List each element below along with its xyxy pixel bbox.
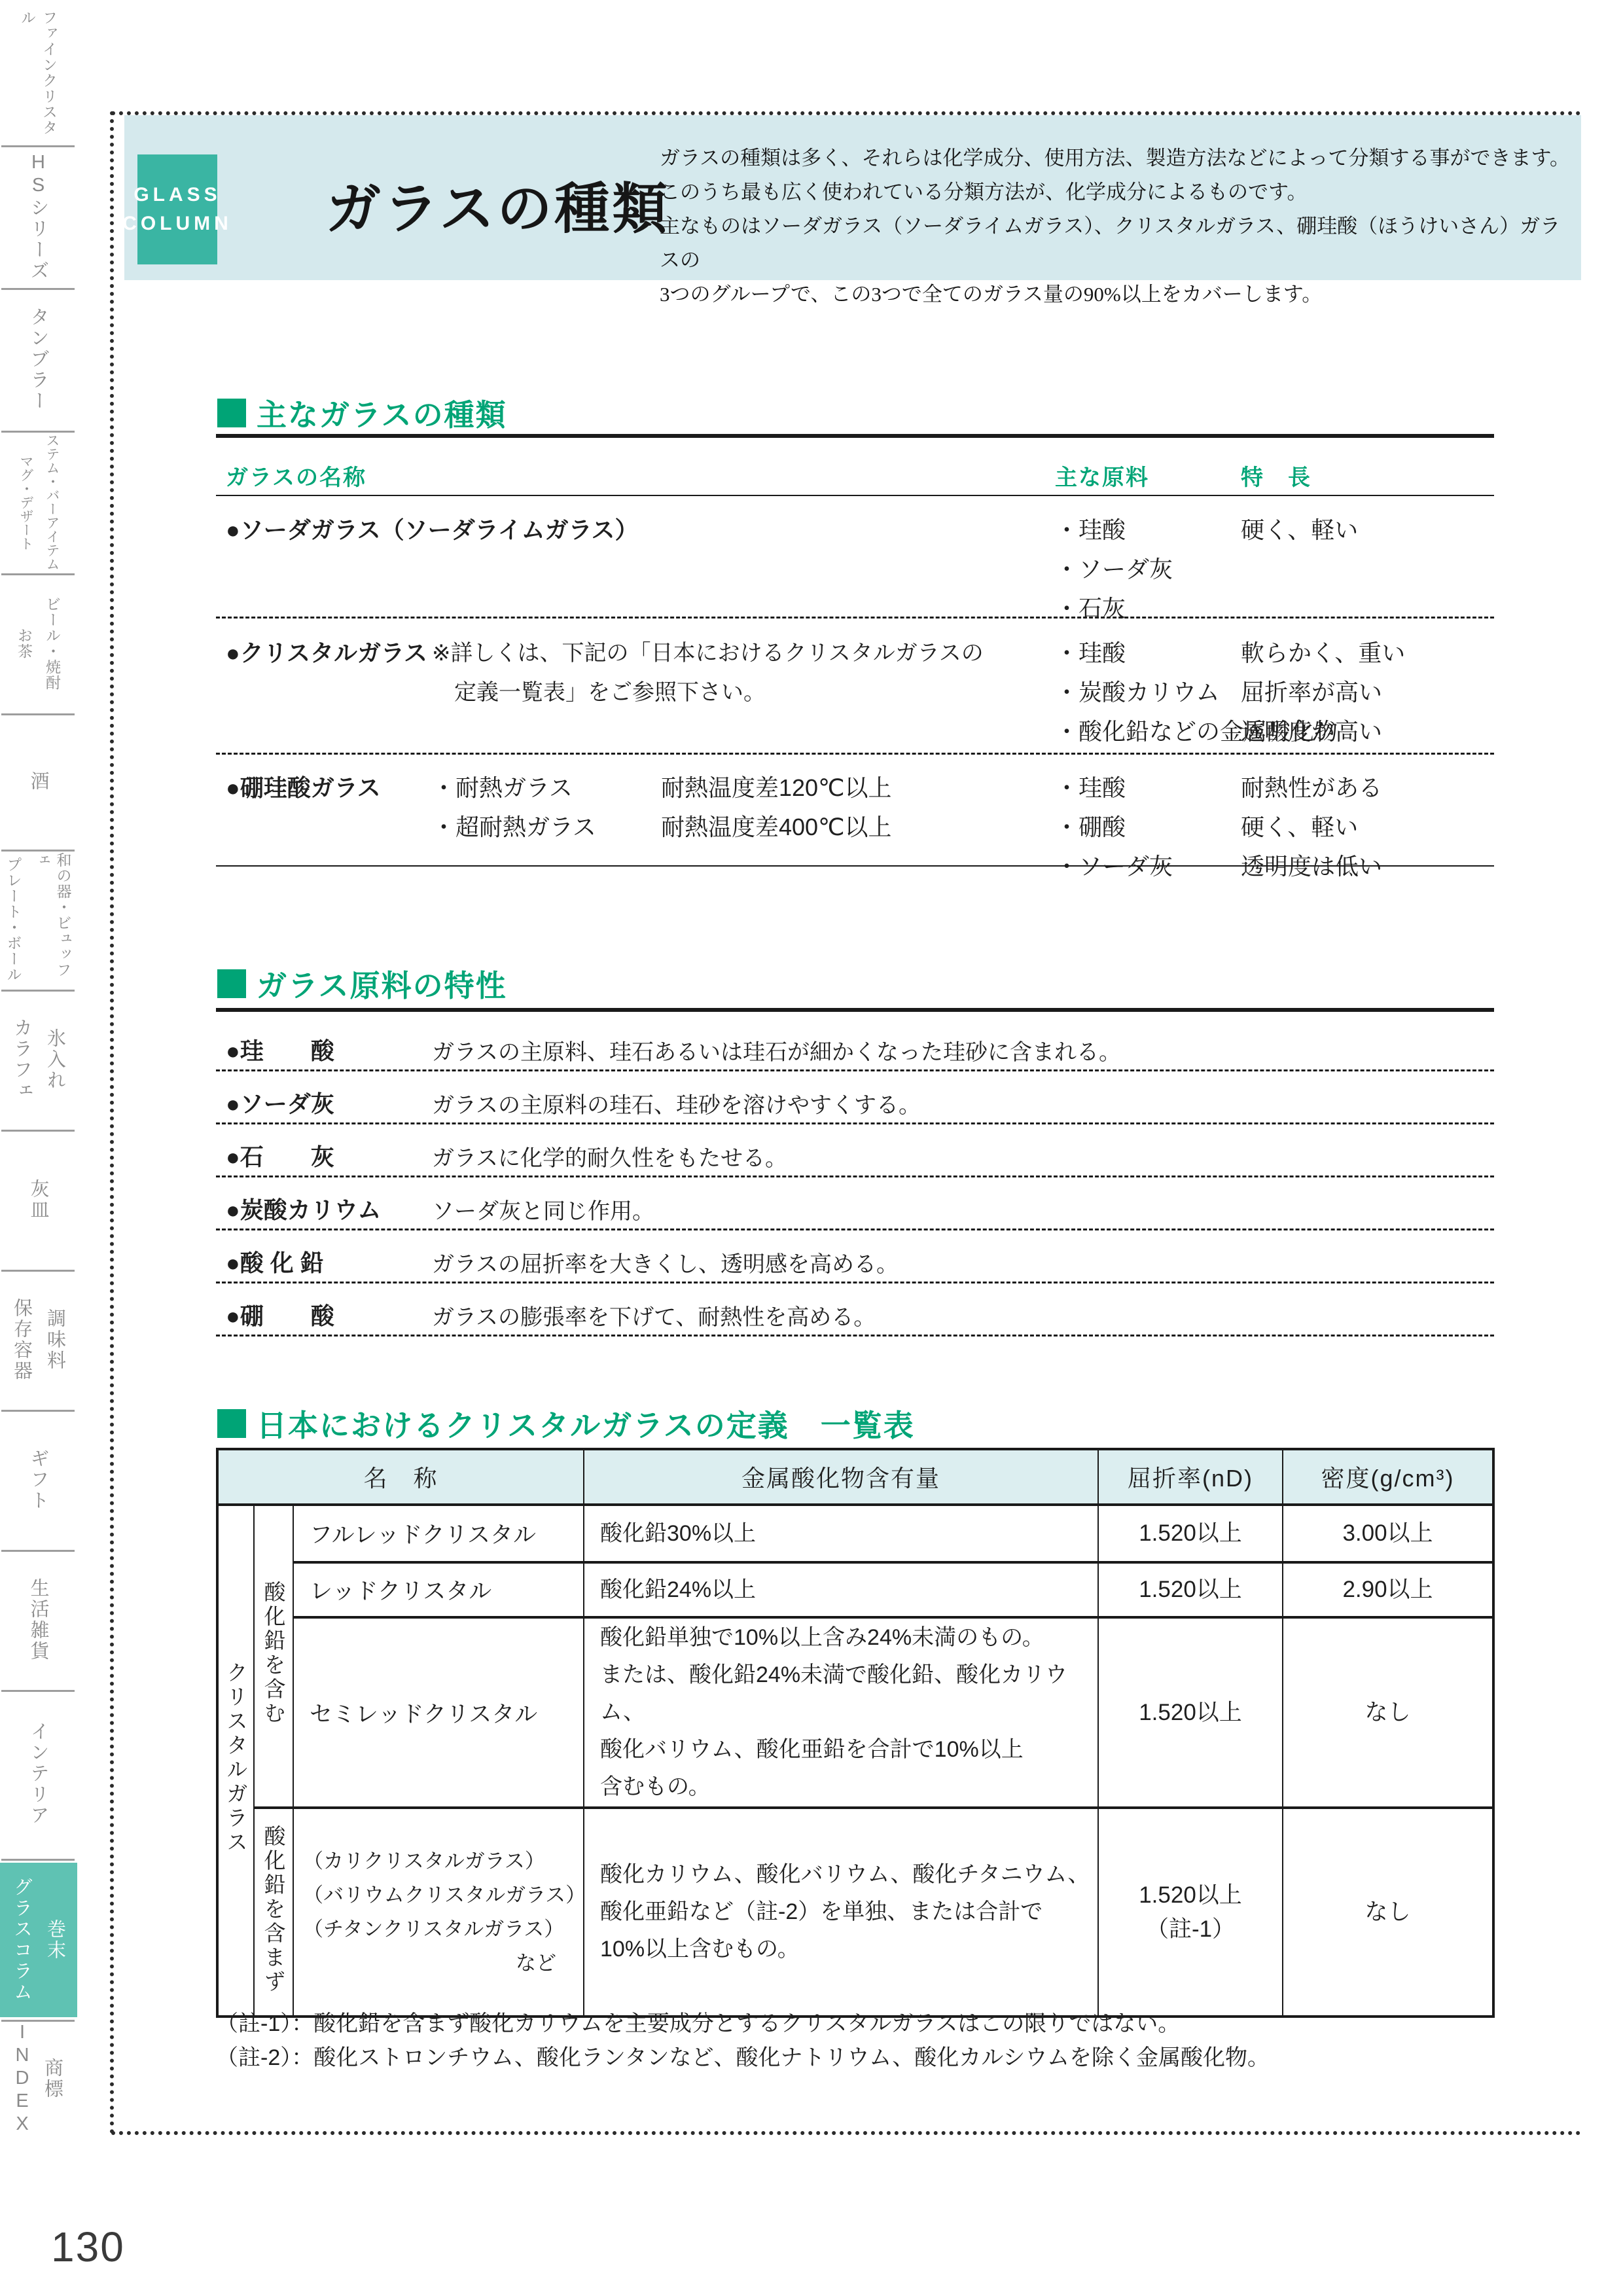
subgroup-cell-without-lead: 酸化鉛を含まず [254,1808,293,2017]
crystal-definition-table: 名 称 金属酸化物含有量 屈折率(nD) 密度(g/cm³) クリスタルガラス … [216,1448,1495,2018]
heading-square-icon [217,1409,246,1438]
material-term: ●炭酸カリウム [226,1191,381,1230]
sidebar-label: マグ・デザート [16,454,35,550]
material-term: ●珪 酸 [226,1031,334,1071]
material-line: ・珪酸 [1055,511,1173,550]
sidebar-label: 巻末 [42,1919,69,1961]
refraction-line: （註-1） [1099,1912,1281,1946]
row-content: 酸化鉛30%以上 [584,1505,1098,1562]
sidebar-divider [1,713,75,715]
sub-type-line: ・超耐熱ガラス [432,808,596,847]
sidebar-item-japanese-ware-plate-bowl: 和の器・ビュッフェ プレート・ボール [0,852,77,987]
footnote-2: （註-2）：酸化ストロンチウム、酸化ランタンなど、酸化ナトリウム、酸化カルシウム… [216,2039,1270,2072]
sidebar-divider [1,850,75,852]
sidebar-divider [1,990,75,992]
col-header-materials: 主な原料 [1055,459,1149,492]
col-header-features: 特 長 [1241,459,1311,492]
glass-type-materials: ・珪酸 ・硼酸 ・ソーダ灰 [1055,768,1173,886]
material-term: ●ソーダ灰 [226,1085,334,1124]
sidebar-divider [1,145,75,147]
sidebar-item-ashtray: 灰皿 [0,1132,77,1267]
name-line: （カリクリスタルガラス） [303,1844,582,1878]
content-line: 酸化鉛単独で10%以上含み24%未満のもの。 [600,1619,1097,1657]
sidebar-label: プレート・ボール [3,857,25,982]
row-refraction: 1.520以上 （註-1） [1098,1808,1283,2017]
sidebar-label: 和の器・ビュッフェ [31,852,75,987]
note-line: ※詳しくは、下記の「日本におけるクリスタルガラスの [432,634,984,673]
glass-column-header: GLASS COLUMN ガラスの種類 ガラスの種類は多く、それらは化学成分、使… [124,115,1581,280]
material-desc: ガラスの主原料、珪石あるいは珪石が細かくなった珪砂に含まれる。 [432,1033,1121,1072]
col-header-density: 密度(g/cm³) [1283,1449,1493,1505]
material-desc: ガラスの屈折率を大きくし、透明感を高める。 [432,1245,899,1284]
sidebar-item-ice-carafe: 氷入れ カラフェ [0,992,77,1127]
sidebar-divider [1,1859,75,1861]
material-desc: ガラスに化学的耐久性をもたせる。 [432,1139,787,1178]
sidebar-label: INDEX [11,2022,33,2136]
sidebar-label: 生活雑貨 [26,1578,52,1662]
badge-line-2: COLUMN [122,209,232,238]
row-dashed-divider [216,753,1494,755]
table-row: セミレッドクリスタル 酸化鉛単独で10%以上含み24%未満のもの。 または、酸化… [217,1617,1493,1808]
sidebar-divider [1,1270,75,1272]
section-heading-label: 主なガラスの種類 [257,391,507,435]
row-density: 3.00以上 [1283,1505,1493,1562]
content-line: 含むもの。 [600,1768,1097,1806]
material-desc: ガラスの主原料の珪石、珪砂を溶けやすくする。 [432,1086,921,1125]
sidebar-label: カラフェ [9,1018,35,1102]
sidebar-label: ステム・バーアイテム [42,433,62,571]
row-name: （カリクリスタルガラス） （バリウムクリスタルガラス） （チタンクリスタルガラス… [293,1808,584,2017]
heading-square-icon [217,399,246,427]
row-refraction: 1.520以上 [1098,1505,1283,1562]
content-line: 酸化鉛24%以上 [600,1571,1097,1609]
sidebar-label: ビール・焼酎 [42,596,63,691]
heading-square-icon [217,969,246,998]
row-refraction: 1.520以上 [1098,1562,1283,1617]
col-header-oxide-content: 金属酸化物含有量 [584,1449,1098,1505]
sidebar-label: タンブラー [26,307,52,412]
feature-line: 屈折率が高い [1241,673,1405,712]
material-term: ●石 灰 [226,1138,334,1177]
feature-line: 硬く、軽い [1241,808,1382,847]
sidebar-item-glass-column-active: 巻末 グラスコラム [0,1863,77,2017]
sidebar-label: グラスコラム [9,1877,35,2003]
name-line: （バリウムクリスタルガラス） [303,1878,582,1912]
glass-sub-temps: 耐熱温度差120℃以上 耐熱温度差400℃以上 [661,768,892,847]
section-heading-label: 日本におけるクリスタルガラスの定義 一覧表 [257,1402,915,1445]
sidebar-label: お茶 [14,628,35,659]
feature-line: 耐熱性がある [1241,768,1382,808]
catalog-page: ファインクリスタル HSシリーズ タンブラー ステム・バーアイテム マグ・デザー… [0,0,1623,2296]
rule-thick [216,434,1494,438]
material-line: ・石灰 [1055,589,1173,628]
bottom-dotted-rule [111,2131,1581,2135]
sidebar-divider [1,573,75,575]
sidebar-item-beer-shochu-tea: ビール・焼酎 お茶 [0,576,77,711]
group-cell-crystal-glass: クリスタルガラス [217,1505,254,2017]
row-dashed-divider [216,1069,1494,1071]
sidebar-label: インテリア [26,1721,52,1826]
row-dashed-divider [216,617,1494,619]
sidebar-item-trademark-index: 商標 INDEX [0,2025,77,2132]
section-heading-crystal-definition: 日本におけるクリスタルガラスの定義 一覧表 [217,1402,915,1445]
temp-line: 耐熱温度差400℃以上 [661,808,892,847]
material-term: ●硼 酸 [226,1297,334,1336]
sidebar-divider [1,431,75,433]
content-line: 10%以上含むもの。 [600,1931,1097,1968]
sidebar-item-gift: ギフト [0,1412,77,1547]
sidebar-dotted-rule [110,111,114,2135]
subgroup-label: 酸化鉛を含む [259,1581,289,1726]
glass-type-materials: ・珪酸 ・ソーダ灰 ・石灰 [1055,511,1173,628]
section-heading-raw-materials: ガラス原料の特性 [217,962,507,1005]
row-refraction: 1.520以上 [1098,1617,1283,1808]
table-row: 酸化鉛を含まず （カリクリスタルガラス） （バリウムクリスタルガラス） （チタン… [217,1808,1493,2017]
feature-line: 透明度は低い [1241,847,1382,886]
content-line: 酸化カリウム、酸化バリウム、酸化チタニウム、 [600,1856,1097,1893]
row-content: 酸化鉛24%以上 [584,1562,1098,1617]
temp-line: 耐熱温度差120℃以上 [661,768,892,808]
subgroup-cell-with-lead: 酸化鉛を含む [254,1505,293,1808]
group-label: クリスタルガラス [221,1661,251,1855]
sidebar-label: HSシリーズ [26,152,52,281]
description-line: ガラスの種類は多く、それらは化学成分、使用方法、製造方法などによって分類する事が… [660,141,1576,175]
glass-column-badge: GLASS COLUMN [137,154,217,264]
name-line: （チタンクリスタルガラス） [303,1912,582,1946]
material-line: ・珪酸 [1055,768,1173,808]
row-dashed-divider [216,1122,1494,1124]
glass-type-name: ●ソーダガラス（ソーダライムガラス） [226,511,639,550]
description-line: 主なものはソーダガラス（ソーダライムガラス）、クリスタルガラス、硼珪酸（ほうけい… [660,209,1576,278]
material-line: ・ソーダ灰 [1055,550,1173,589]
page-number: 130 [51,2223,125,2271]
table-row: レッドクリスタル 酸化鉛24%以上 1.520以上 2.90以上 [217,1562,1493,1617]
row-dashed-divider [216,1175,1494,1177]
sidebar-divider [1,288,75,290]
sidebar-divider [1,1410,75,1412]
refraction-line: 1.520以上 [1099,1878,1281,1912]
row-name: レッドクリスタル [293,1562,584,1617]
row-dashed-divider [216,1229,1494,1230]
row-name: セミレッドクリスタル [293,1617,584,1808]
sidebar-divider [1,1550,75,1552]
material-term: ●酸 化 鉛 [226,1244,324,1283]
sidebar-divider [1,1690,75,1692]
sidebar-label: ファインクリスタル [17,10,60,143]
sidebar-item-sake: 酒 [0,716,77,847]
rule-thick [216,1008,1494,1012]
sidebar-item-interior: インテリア [0,1693,77,1855]
row-content: 酸化鉛単独で10%以上含み24%未満のもの。 または、酸化鉛24%未満で酸化鉛、… [584,1617,1098,1808]
sidebar-item-fine-crystal: ファインクリスタル [0,10,77,143]
content-line: 酸化亜鉛など（註-2）を単独、または合計で [600,1893,1097,1931]
content-line: 酸化バリウム、酸化亜鉛を合計で10%以上 [600,1731,1097,1768]
description-line: このうち最も広く使われている分類方法が、化学成分によるものです。 [660,175,1576,209]
material-desc: ソーダ灰と同じ作用。 [432,1192,654,1231]
sidebar-label: 商標 [39,2058,66,2100]
sidebar-item-daily-goods: 生活雑貨 [0,1552,77,1687]
sidebar-label: 酒 [26,771,52,792]
feature-line: 硬く、軽い [1241,511,1358,550]
sidebar-label: 灰皿 [26,1179,52,1221]
col-header-glass-name: ガラスの名称 [226,459,366,492]
feature-line: 軟らかく、重い [1241,634,1405,673]
page-title: ガラスの種類 [326,165,669,244]
glass-type-name: ●硼珪酸ガラス [226,768,381,808]
col-header-name: 名 称 [217,1449,584,1505]
glass-type-features: 軟らかく、重い 屈折率が高い 透明度が高い [1241,634,1405,751]
column-description: ガラスの種類は多く、それらは化学成分、使用方法、製造方法などによって分類する事が… [660,141,1576,312]
row-density: なし [1283,1617,1493,1808]
material-line: ・ソーダ灰 [1055,847,1173,886]
footnote-1: （註-1）：酸化鉛を含まず酸化カリウムを主要成分とするクリスタルガラスはこの限り… [216,2005,1180,2037]
rule-thin [216,495,1494,496]
rule-thin [216,865,1494,867]
material-line: ・硼酸 [1055,808,1173,847]
row-name: フルレッドクリスタル [293,1505,584,1562]
content-line: 酸化鉛30%以上 [600,1515,1097,1552]
table-header-row: 名 称 金属酸化物含有量 屈折率(nD) 密度(g/cm³) [217,1449,1493,1505]
row-density: 2.90以上 [1283,1562,1493,1617]
content-line: または、酸化鉛24%未満で酸化鉛、酸化カリウム、 [600,1657,1097,1731]
glass-type-name: ●クリスタルガラス [226,634,427,673]
row-dashed-divider [216,1335,1494,1336]
sidebar-label: ギフト [26,1448,52,1511]
feature-line: 透明度が高い [1241,712,1405,751]
sidebar-item-stemware-mug-dessert: ステム・バーアイテム マグ・デザート [0,433,77,571]
glass-sub-types: ・耐熱ガラス ・超耐熱ガラス [432,768,596,847]
section-heading-glass-types: 主なガラスの種類 [217,391,507,435]
sidebar-item-hs-series: HSシリーズ [0,148,77,285]
sidebar-divider [1,1130,75,1132]
sidebar-label: 氷入れ [42,1028,69,1091]
name-suffix: など [303,1946,582,1981]
note-line: 定義一覧表」をご参照下さい。 [432,673,984,712]
glass-type-features: 耐熱性がある 硬く、軽い 透明度は低い [1241,768,1382,886]
row-dashed-divider [216,1282,1494,1283]
material-desc: ガラスの膨張率を下げて、耐熱性を高める。 [432,1298,876,1337]
description-line: 3つのグループで、この3つで全てのガラス量の90%以上をカバーします。 [660,278,1576,312]
row-density: なし [1283,1808,1493,2017]
sidebar-item-tumbler: タンブラー [0,291,77,428]
glass-type-note: ※詳しくは、下記の「日本におけるクリスタルガラスの 定義一覧表」をご参照下さい。 [432,634,984,712]
subgroup-label: 酸化鉛を含まず [259,1825,289,1994]
row-content: 酸化カリウム、酸化バリウム、酸化チタニウム、 酸化亜鉛など（註-2）を単独、また… [584,1808,1098,2017]
glass-type-features: 硬く、軽い [1241,511,1358,550]
col-header-refraction: 屈折率(nD) [1098,1449,1283,1505]
badge-line-1: GLASS [134,181,221,209]
sidebar-label: 保存容器 [9,1298,35,1382]
sub-type-line: ・耐熱ガラス [432,768,596,808]
sidebar-label: 調味料 [42,1308,69,1371]
table-row: クリスタルガラス 酸化鉛を含む フルレッドクリスタル 酸化鉛30%以上 1.52… [217,1505,1493,1562]
sidebar-item-seasoning-storage: 調味料 保存容器 [0,1272,77,1407]
section-heading-label: ガラス原料の特性 [257,962,507,1005]
